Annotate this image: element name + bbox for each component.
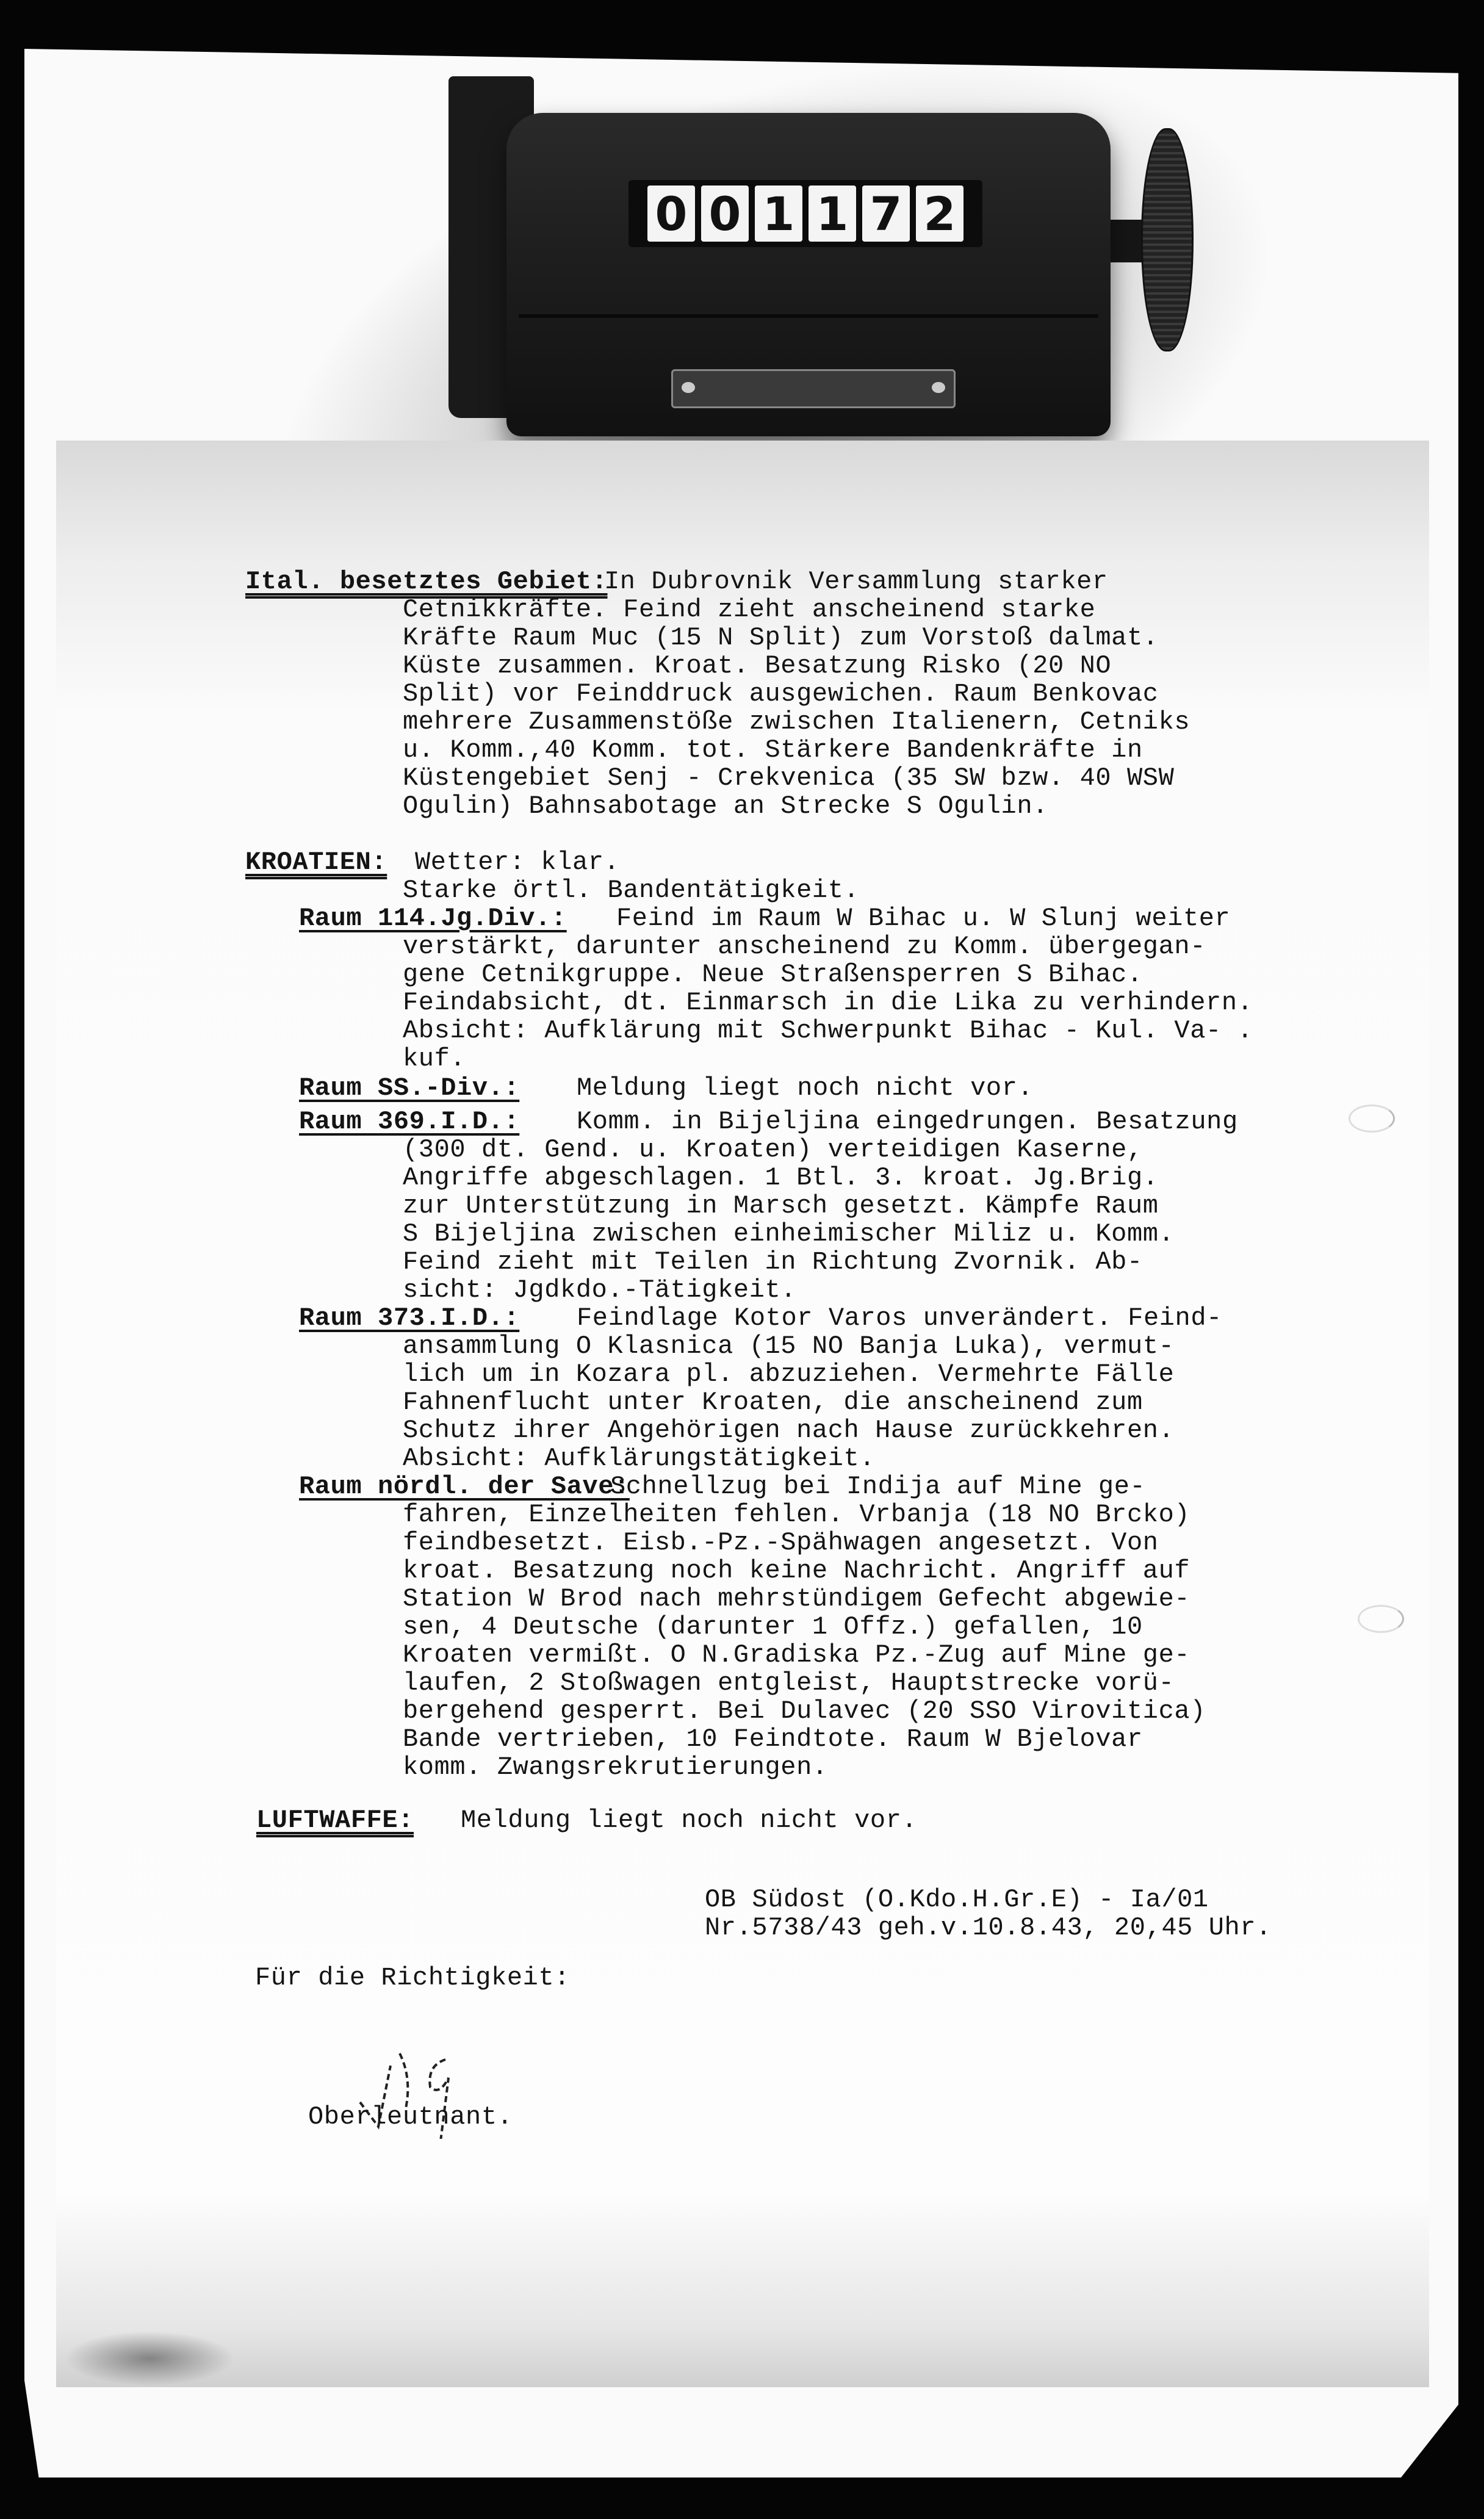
subsection-heading: Raum 373.I.D.:	[299, 1304, 519, 1333]
text-line: verstärkt, darunter anscheinend zu Komm.…	[403, 932, 1206, 961]
text-line: Ogulin) Bahnsabotage an Strecke S Ogulin…	[403, 792, 1048, 821]
text-line: S Bijeljina zwischen einheimischer Miliz…	[403, 1220, 1174, 1249]
signature-rank: Oberleutnant.	[308, 2103, 513, 2132]
text-line: Komm. in Bijeljina eingedrungen. Besatzu…	[577, 1108, 1238, 1136]
text-line: gene Cetnikgruppe. Neue Straßensperren S…	[403, 960, 1143, 989]
subsection-heading: Raum 114.Jg.Div.:	[299, 904, 567, 933]
text-line: In Dubrovnik Versammlung starker	[604, 568, 1108, 596]
text-line: bergehend gesperrt. Bei Dulavec (20 SSO …	[403, 1697, 1206, 1726]
text-line: ansammlung O Klasnica (15 NO Banja Luka)…	[403, 1332, 1174, 1361]
text-line: Kräfte Raum Muc (15 N Split) zum Vorstoß…	[403, 624, 1159, 652]
text-line: mehrere Zusammenstöße zwischen Italiener…	[403, 708, 1190, 737]
text-line: fahren, Einzelheiten fehlen. Vrbanja (18…	[403, 1501, 1190, 1529]
text-line: Schnellzug bei Indija auf Mine ge-	[610, 1472, 1145, 1501]
counter-knob-icon	[1141, 128, 1194, 351]
text-line: Meldung liegt noch nicht vor.	[461, 1806, 917, 1835]
text-line: komm. Zwangsrekrutierungen.	[403, 1753, 828, 1782]
subsection-heading: Raum SS.-Div.:	[299, 1074, 519, 1103]
text-line: Absicht: Aufklärungstätigkeit.	[403, 1444, 875, 1473]
text-line: lich um in Kozara pl. abzuziehen. Vermeh…	[403, 1360, 1174, 1389]
punch-hole-icon	[1358, 1605, 1404, 1633]
text-line: Feindlage Kotor Varos unverändert. Feind…	[577, 1304, 1222, 1333]
counter-digit: 1	[755, 186, 802, 242]
text-line: Angriffe abgeschlagen. 1 Btl. 3. kroat. …	[403, 1164, 1159, 1192]
counter-display: 0 0 1 1 7 2	[629, 180, 982, 247]
text-line: sen, 4 Deutsche (darunter 1 Offz.) gefal…	[403, 1613, 1143, 1641]
text-line: sicht: Jgdkdo.-Tätigkeit.	[403, 1276, 796, 1305]
counter-digit: 1	[809, 186, 856, 242]
counter-digit: 0	[647, 186, 695, 242]
frame-counter-device: 0 0 1 1 7 2	[506, 113, 1111, 436]
text-line: Feind zieht mit Teilen in Richtung Zvorn…	[403, 1248, 1143, 1277]
subsection-heading: Raum nördl. der Save:	[299, 1472, 630, 1501]
stain	[64, 2331, 235, 2386]
text-line: Küstengebiet Senj - Crekvenica (35 SW bz…	[403, 764, 1174, 793]
text-line: Absicht: Aufklärung mit Schwerpunkt Biha…	[403, 1017, 1253, 1045]
text-line: laufen, 2 Stoßwagen entgleist, Hauptstre…	[403, 1669, 1174, 1698]
subsection-heading: Raum 369.I.D.:	[299, 1108, 519, 1136]
text-line: Kroaten vermißt. O N.Gradiska Pz.-Zug au…	[403, 1641, 1190, 1670]
text-line: Schutz ihrer Angehörigen nach Hause zurü…	[403, 1416, 1174, 1445]
text-line: Feind im Raum W Bihac u. W Slunj weiter	[616, 904, 1230, 933]
section-heading: KROATIEN:	[245, 848, 387, 877]
text-line: Station W Brod nach mehrstündigem Gefech…	[403, 1585, 1190, 1613]
text-line: Bande vertrieben, 10 Feindtote. Raum W B…	[403, 1725, 1143, 1754]
text-line: kuf.	[403, 1045, 466, 1073]
text-line: Meldung liegt noch nicht vor.	[577, 1074, 1033, 1103]
text-line: zur Unterstützung in Marsch gesetzt. Käm…	[403, 1192, 1159, 1220]
reference-line: Nr.5738/43 geh.v.10.8.43, 20,45 Uhr.	[705, 1914, 1272, 1942]
counter-digit: 0	[701, 186, 749, 242]
text-line: feindbesetzt. Eisb.-Pz.-Spähwagen angese…	[403, 1529, 1159, 1557]
counter-digit: 2	[916, 186, 964, 242]
text-line: kroat. Besatzung noch keine Nachricht. A…	[403, 1557, 1190, 1585]
text-line: Küste zusammen. Kroat. Besatzung Risko (…	[403, 652, 1111, 680]
section-heading: Ital. besetztes Gebiet:	[245, 568, 608, 596]
text-line: Wetter: klar.	[415, 848, 619, 877]
counter-digit: 7	[862, 186, 910, 242]
text-line: (300 dt. Gend. u. Kroaten) verteidigen K…	[403, 1136, 1143, 1164]
section-heading: LUFTWAFFE:	[256, 1806, 414, 1835]
reference-line: OB Südost (O.Kdo.H.Gr.E) - Ia/01	[705, 1886, 1209, 1914]
text-line: Starke örtl. Bandentätigkeit.	[403, 876, 859, 905]
text-line: Cetnikkräfte. Feind zieht anscheinend st…	[403, 596, 1095, 624]
certification-label: Für die Richtigkeit:	[255, 1964, 570, 1992]
punch-hole-icon	[1349, 1105, 1395, 1133]
text-line: Fahnenflucht unter Kroaten, die anschein…	[403, 1388, 1143, 1417]
text-line: Split) vor Feinddruck ausgewichen. Raum …	[403, 680, 1159, 708]
text-line: Feindabsicht, dt. Einmarsch in die Lika …	[403, 989, 1253, 1017]
text-line: u. Komm.,40 Komm. tot. Stärkere Bandenkr…	[403, 736, 1143, 765]
counter-seam	[519, 314, 1098, 318]
counter-nameplate	[671, 369, 956, 408]
